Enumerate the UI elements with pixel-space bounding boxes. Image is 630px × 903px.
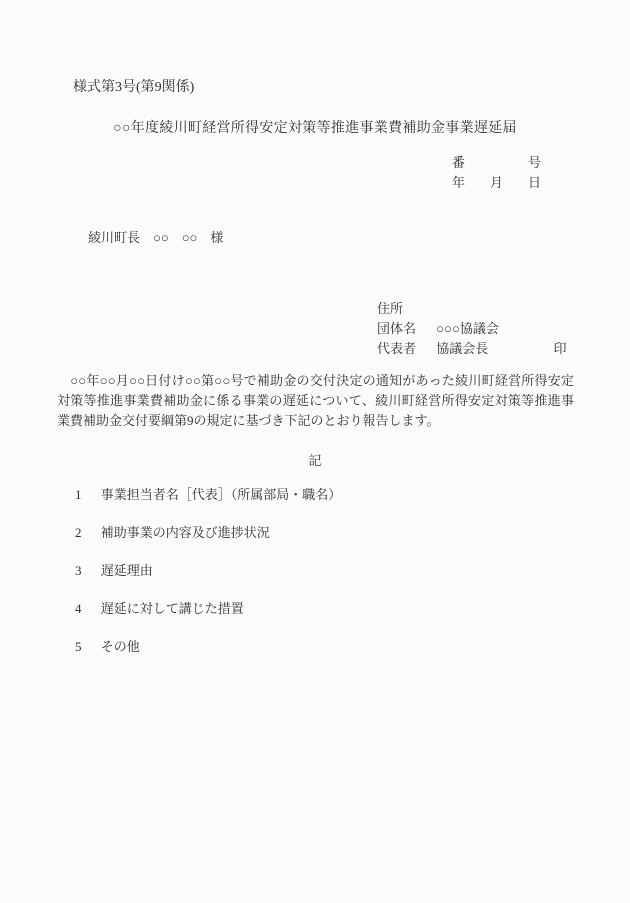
document-page: 様式第3号(第9関係) ○○年度綾川町経営所得安定対策等推進事業費補助金事業遅延…	[0, 0, 630, 903]
sender-organization-label: 団体名	[377, 321, 416, 336]
item-number: 2	[75, 525, 82, 540]
item-text: その他	[101, 639, 140, 654]
item-text: 補助事業の内容及び進捗状況	[101, 525, 270, 540]
list-item: 2 補助事業の内容及び進捗状況	[75, 526, 341, 540]
list-item: 3 遅延理由	[75, 564, 341, 578]
sender-address-line: 住所	[377, 299, 567, 319]
list-item: 4 遅延に対して講じた措置	[75, 602, 341, 616]
item-text: 事業担当者名［代表］（所属部局・職名）	[101, 487, 342, 502]
year-label: 年	[452, 172, 465, 191]
date-line: 年 月 日	[452, 172, 541, 191]
addressee-line: 綾川町長 ○○ ○○ 様	[88, 227, 223, 246]
sender-organization-line: 団体名 ○○○協議会	[377, 319, 567, 339]
sender-organization-value: ○○○協議会	[436, 321, 499, 336]
month-label: 月	[490, 172, 503, 191]
item-text: 遅延理由	[101, 563, 153, 578]
document-number-line: 番 号	[452, 152, 541, 171]
item-text: 遅延に対して講じた措置	[101, 601, 244, 616]
document-title: ○○年度綾川町経営所得安定対策等推進事業費補助金事業遅延届	[0, 117, 630, 137]
item-number: 1	[75, 487, 82, 502]
day-label: 日	[528, 172, 541, 191]
item-number: 3	[75, 563, 82, 578]
number-label-ban: 番	[452, 152, 465, 171]
list-item: 5 その他	[75, 640, 341, 654]
body-paragraph: ○○年○○月○○日付け○○第○○号で補助金の交付決定の通知があった綾川町経営所得…	[57, 371, 574, 431]
record-heading: 記	[0, 450, 630, 469]
item-number: 4	[75, 601, 82, 616]
sender-address-label: 住所	[377, 301, 403, 316]
item-list: 1 事業担当者名［代表］（所属部局・職名） 2 補助事業の内容及び進捗状況 3 …	[75, 488, 341, 678]
sender-representative-line: 代表者 協議会長 印	[377, 339, 567, 359]
item-number: 5	[75, 639, 82, 654]
sender-representative-label: 代表者	[377, 341, 416, 356]
list-item: 1 事業担当者名［代表］（所属部局・職名）	[75, 488, 341, 502]
sender-block: 住所 団体名 ○○○協議会 代表者 協議会長 印	[377, 299, 567, 359]
seal-placeholder: 印	[554, 341, 567, 356]
number-label-go: 号	[528, 152, 541, 171]
sender-representative-value: 協議会長	[436, 341, 488, 356]
form-number: 様式第3号(第9関係)	[73, 76, 194, 96]
